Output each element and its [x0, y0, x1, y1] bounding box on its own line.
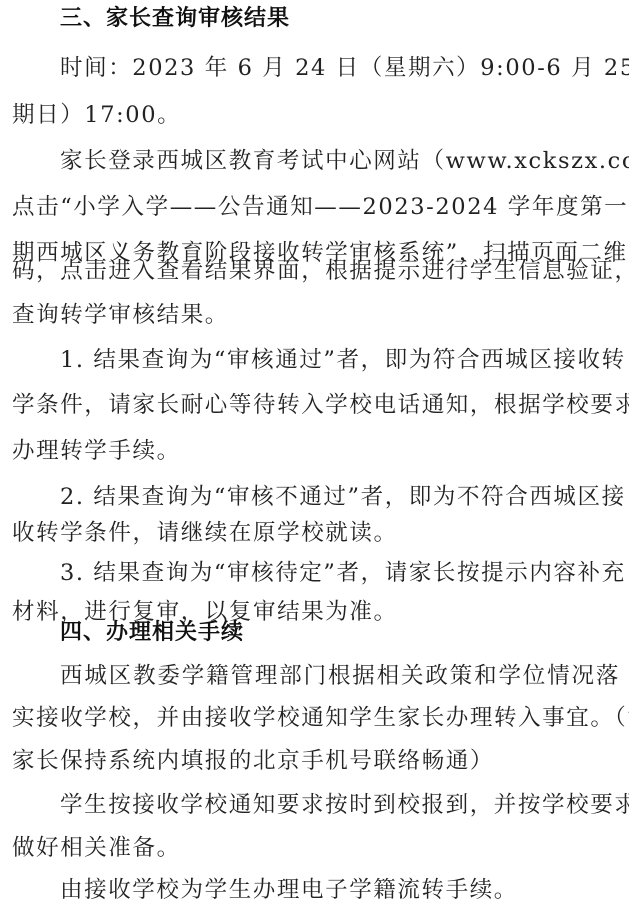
item-2-line-2: 收转学条件，请继续在原学校就读。 — [12, 518, 620, 548]
section-3-para-1-line-1: 家长登录西城区教育考试中心网站（www.xckszx.com）， — [60, 146, 620, 176]
section-3-para-1-line-4: 码，点击进入查看结果界面，根据提示进行学生信息验证， — [12, 256, 620, 286]
section-4-para-2-line-1: 学生按接收学校通知要求按时到校报到，并按学校要求 — [60, 790, 620, 820]
section-4-heading: 四、办理相关手续 — [60, 618, 244, 648]
section-4-para-1-line-1: 西城区教委学籍管理部门根据相关政策和学位情况落 — [60, 661, 620, 691]
section-4-para-2-line-2: 做好相关准备。 — [12, 833, 620, 863]
section-4-para-1-line-2: 实接收学校，并由接收学校通知学生家长办理转入事宜。（请 — [12, 703, 620, 733]
item-2-line-1: 2. 结果查询为“审核不通过”者，即为不符合西城区接 — [60, 482, 620, 512]
section-4-para-3-line-1: 由接收学校为学生办理电子学籍流转手续。 — [60, 875, 620, 905]
item-1-line-2: 学条件，请家长耐心等待转入学校电话通知，根据学校要求 — [12, 390, 620, 420]
time-line-1: 时间：2023 年 6 月 24 日（星期六）9:00-6 月 25 日（星 — [60, 53, 620, 83]
item-3-line-1: 3. 结果查询为“审核待定”者，请家长按提示内容补充 — [60, 558, 620, 588]
section-3-para-1-line-2: 点击“小学入学——公告通知——2023-2024 学年度第一学 — [12, 192, 620, 222]
section-4-para-1-line-3: 家长保持系统内填报的北京手机号联络畅通） — [12, 746, 620, 776]
document-page: 三、家长查询审核结果 时间：2023 年 6 月 24 日（星期六）9:00-6… — [0, 0, 629, 914]
section-3-para-1-line-5: 查询转学审核结果。 — [12, 300, 620, 330]
item-1-line-3: 办理转学手续。 — [12, 436, 620, 466]
item-1-line-1: 1. 结果查询为“审核通过”者，即为符合西城区接收转 — [60, 345, 620, 375]
section-3-heading: 三、家长查询审核结果 — [60, 4, 290, 34]
time-line-2: 期日）17:00。 — [12, 100, 620, 130]
